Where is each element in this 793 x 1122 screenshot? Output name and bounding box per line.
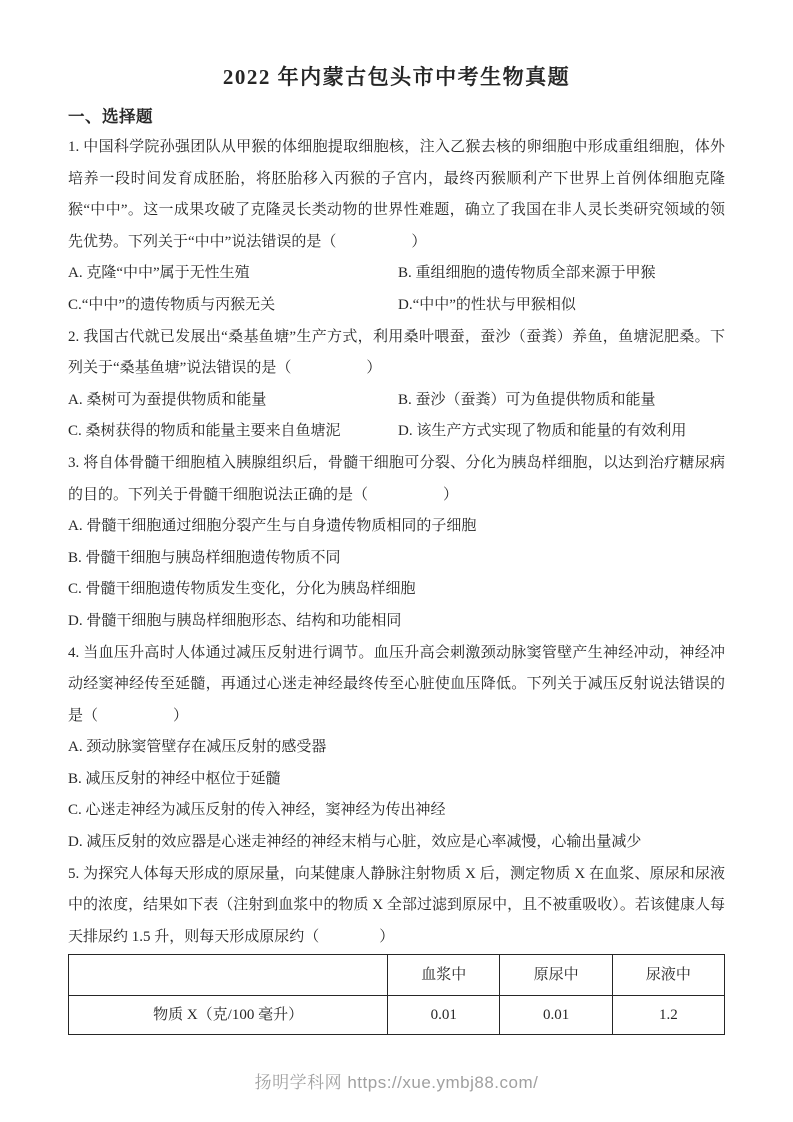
exam-document: 2022 年内蒙古包头市中考生物真题 一、选择题 1. 中国科学院孙强团队从甲猴… xyxy=(0,0,793,1122)
answer-option: B. 重组细胞的遗传物质全部来源于甲猴 xyxy=(398,258,725,290)
section-heading: 一、选择题 xyxy=(68,104,725,130)
question-stem: 5. 为探究人体每天形成的原尿量，向某健康人静脉注射物质 X 后，测定物质 X … xyxy=(68,859,725,954)
answer-option: B. 蚕沙（蚕粪）可为鱼提供物质和能量 xyxy=(398,385,725,417)
answer-option: D. 骨髓干细胞与胰岛样细胞形态、结构和功能相同 xyxy=(68,606,725,638)
answer-option: D. 减压反射的效应器是心迷走神经的神经末梢与心脏，效应是心率减慢，心输出量减少 xyxy=(68,827,725,859)
question-stem: 2. 我国古代就已发展出“桑基鱼塘”生产方式，利用桑叶喂蚕，蚕沙（蚕粪）养鱼，鱼… xyxy=(68,322,725,385)
option-group: A. 桑树可为蚕提供物质和能量B. 蚕沙（蚕粪）可为鱼提供物质和能量C. 桑树获… xyxy=(68,385,725,448)
table-header-row: 血浆中原尿中尿液中 xyxy=(69,955,725,996)
table-header-cell: 血浆中 xyxy=(388,955,500,996)
question-3: 3. 将自体骨髓干细胞植入胰腺组织后，骨髓干细胞可分裂、分化为胰岛样细胞，以达到… xyxy=(68,448,725,638)
answer-option: D.“中中”的性状与甲猴相似 xyxy=(398,290,725,322)
answer-option: A. 颈动脉窦管壁存在减压反射的感受器 xyxy=(68,732,725,764)
table-header-cell: 尿液中 xyxy=(612,955,724,996)
question-list: 1. 中国科学院孙强团队从甲猴的体细胞提取细胞核，注入乙猴去核的卵细胞中形成重组… xyxy=(68,132,725,1035)
question-stem: 1. 中国科学院孙强团队从甲猴的体细胞提取细胞核，注入乙猴去核的卵细胞中形成重组… xyxy=(68,132,725,258)
page-title: 2022 年内蒙古包头市中考生物真题 xyxy=(68,64,725,90)
answer-option: B. 减压反射的神经中枢位于延髓 xyxy=(68,764,725,796)
answer-option: A. 克隆“中中”属于无性生殖 xyxy=(68,258,398,290)
footer-text: 扬明学科网 https://xue.ymbj88.com/ xyxy=(255,1073,539,1092)
option-group: A. 颈动脉窦管壁存在减压反射的感受器B. 减压反射的神经中枢位于延髓C. 心迷… xyxy=(68,732,725,858)
answer-option: C. 骨髓干细胞遗传物质发生变化，分化为胰岛样细胞 xyxy=(68,574,725,606)
question-1: 1. 中国科学院孙强团队从甲猴的体细胞提取细胞核，注入乙猴去核的卵细胞中形成重组… xyxy=(68,132,725,322)
table-cell: 1.2 xyxy=(612,996,724,1035)
answer-option: C.“中中”的遗传物质与丙猴无关 xyxy=(68,290,398,322)
option-group: A. 骨髓干细胞通过细胞分裂产生与自身遗传物质相同的子细胞B. 骨髓干细胞与胰岛… xyxy=(68,511,725,637)
answer-option: C. 桑树获得的物质和能量主要来自鱼塘泥 xyxy=(68,416,398,448)
answer-option: A. 骨髓干细胞通过细胞分裂产生与自身遗传物质相同的子细胞 xyxy=(68,511,725,543)
footer-watermark: 扬明学科网 https://xue.ymbj88.com/ xyxy=(0,1068,793,1093)
question-4: 4. 当血压升高时人体通过减压反射进行调节。血压升高会刺激颈动脉窦管壁产生神经冲… xyxy=(68,638,725,859)
table-row-label: 物质 X（克/100 毫升） xyxy=(69,996,388,1035)
answer-option: C. 心迷走神经为减压反射的传入神经，窦神经为传出神经 xyxy=(68,795,725,827)
answer-option: A. 桑树可为蚕提供物质和能量 xyxy=(68,385,398,417)
table-cell: 0.01 xyxy=(500,996,612,1035)
table-row: 物质 X（克/100 毫升）0.010.011.2 xyxy=(69,996,725,1035)
question-2: 2. 我国古代就已发展出“桑基鱼塘”生产方式，利用桑叶喂蚕，蚕沙（蚕粪）养鱼，鱼… xyxy=(68,322,725,448)
answer-option: B. 骨髓干细胞与胰岛样细胞遗传物质不同 xyxy=(68,543,725,575)
answer-option: D. 该生产方式实现了物质和能量的有效利用 xyxy=(398,416,725,448)
question-stem: 3. 将自体骨髓干细胞植入胰腺组织后，骨髓干细胞可分裂、分化为胰岛样细胞，以达到… xyxy=(68,448,725,511)
table-header-cell: 原尿中 xyxy=(500,955,612,996)
concentration-table: 血浆中原尿中尿液中物质 X（克/100 毫升）0.010.011.2 xyxy=(68,954,725,1035)
option-group: A. 克隆“中中”属于无性生殖B. 重组细胞的遗传物质全部来源于甲猴C.“中中”… xyxy=(68,258,725,321)
question-stem: 4. 当血压升高时人体通过减压反射进行调节。血压升高会刺激颈动脉窦管壁产生神经冲… xyxy=(68,638,725,733)
question-5: 5. 为探究人体每天形成的原尿量，向某健康人静脉注射物质 X 后，测定物质 X … xyxy=(68,859,725,1036)
table-header-cell xyxy=(69,955,388,996)
table-cell: 0.01 xyxy=(388,996,500,1035)
